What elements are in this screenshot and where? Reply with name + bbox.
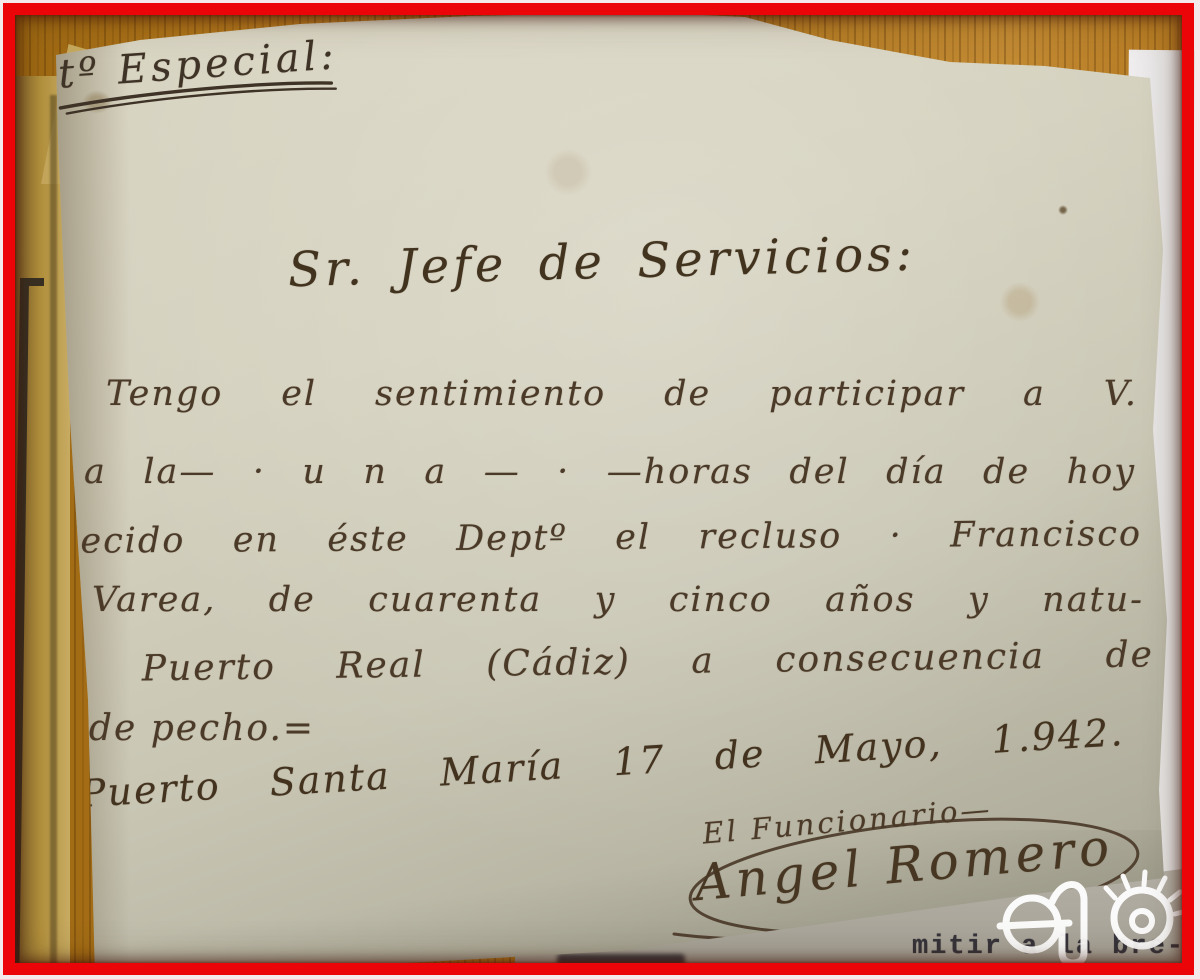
page-stack-seam [50,95,57,977]
body-line-4: Varea, de cuarenta y cinco años y natu- [92,580,1144,620]
body-line-1: Tengo el sentimiento de participar a V. [106,374,1138,414]
photo-of-document: mitir a la bre- tº Especial: Sr. Jefe de… [0,0,1200,979]
eyes-watermark-icon [994,866,1194,970]
framed-page-border-corner [20,278,44,286]
body-line-2: a la— · u n a — · —horas del día de hoy [84,452,1136,492]
body-line-6: a de pecho.= [52,708,315,749]
note-paper: tº Especial: Sr. Jefe de Servicios: Teng… [0,0,1200,979]
typed-text-smudge [557,954,685,971]
body-line-3: llecido en éste Deptº el recluso · Franc… [54,514,1142,562]
